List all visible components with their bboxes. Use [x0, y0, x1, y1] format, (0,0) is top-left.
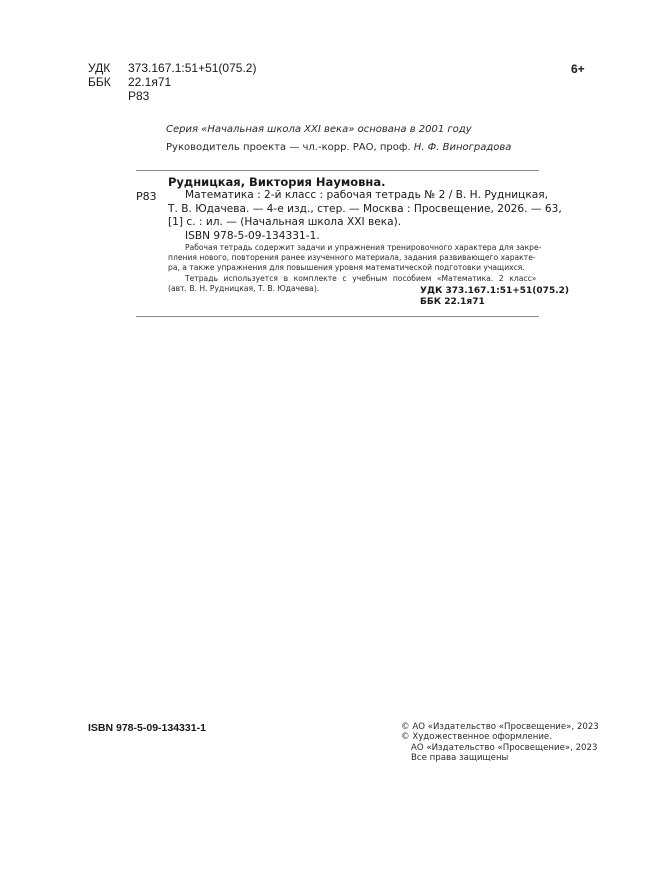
footer-isbn: ISBN 978-5-09-134331-1 [88, 722, 206, 734]
catalog-description-line: Т. В. Юдачева. — 4-е изд., стер. — Москв… [168, 203, 538, 217]
top-rule [136, 170, 539, 171]
udk-value: 373.167.1:51+51(075.2) [128, 61, 256, 75]
bbk-label: ББК [88, 75, 111, 89]
catalog-isbn: ISBN 978-5-09-134331-1. [168, 230, 538, 244]
catalog-udk: УДК 373.167.1:51+51(075.2) [420, 286, 569, 297]
catalog-author-heading: Рудницкая, Виктория Наумовна. [168, 175, 385, 189]
catalog-description-line: [1] с. : ил. — (Начальная школа XXI века… [168, 216, 538, 230]
catalog-description-line: Математика : 2-й класс : рабочая тетрадь… [168, 189, 538, 203]
catalog-codes: УДК 373.167.1:51+51(075.2) ББК 22.1я71 [420, 286, 569, 307]
copyright-line: АО «Издательство «Просвещение», 2023 [401, 743, 599, 753]
series-line: Серия «Начальная школа XXI века» основан… [166, 124, 472, 135]
copyright-block: © АО «Издательство «Просвещение», 2023 ©… [401, 722, 599, 764]
copyright-line: Все права защищены [401, 753, 599, 763]
catalog-author-mark: Р83 [136, 190, 157, 203]
annotation-line: Тетрадь используется в комплекте с учебн… [168, 274, 538, 284]
catalog-bbk: ББК 22.1я71 [420, 297, 569, 308]
annotation-line: Рабочая тетрадь содержит задачи и упражн… [168, 243, 538, 253]
annotation-line: пления нового, повторения ранее изученно… [168, 253, 538, 263]
copyright-line: © АО «Издательство «Просвещение», 2023 [401, 722, 599, 732]
copyright-line: © Художественное оформление. [401, 732, 599, 742]
bbk-value: 22.1я71 [128, 75, 171, 89]
annotation-line: ра, а также упражнения для повышения уро… [168, 263, 538, 273]
project-lead-name: Н. Ф. Виноградова [414, 142, 512, 153]
project-lead: Руководитель проекта — чл.-корр. РАО, пр… [166, 142, 511, 153]
project-lead-prefix: Руководитель проекта — чл.-корр. РАО, пр… [166, 142, 414, 153]
udk-label: УДК [88, 61, 110, 75]
catalog-description: Математика : 2-й класс : рабочая тетрадь… [168, 189, 538, 243]
age-rating: 6+ [571, 62, 585, 76]
author-mark: Р83 [128, 89, 149, 103]
bottom-rule [136, 316, 539, 317]
